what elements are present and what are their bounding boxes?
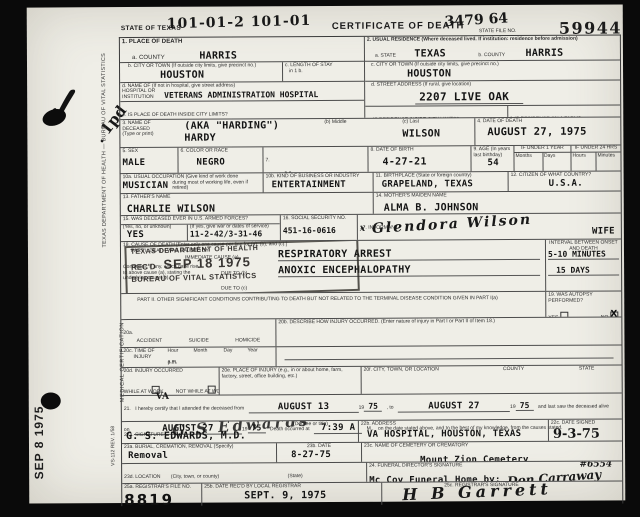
blank-line bbox=[285, 357, 614, 360]
if-under-24-hrs-cell: IF UNDER 24 HRS Hours Minutes bbox=[571, 145, 620, 170]
race-cell: 6. COLOR OR RACE NEGRO bbox=[178, 147, 263, 172]
county-label: a. COUNTY bbox=[132, 55, 165, 61]
place-of-injury-label: 20e. PLACE OF INJURY (e.g., in or about … bbox=[222, 368, 359, 380]
registrar-file-label: 25a. REGISTRAR'S FILE NO. bbox=[124, 485, 199, 491]
registrar-file-number: 8819 bbox=[124, 490, 199, 506]
last-name-label: (c) Last bbox=[402, 119, 472, 125]
interval-b-value: 15 DAYS bbox=[548, 265, 619, 275]
place-inside-city-limits-label: e. IS PLACE OF DEATH INSIDE CITY LIMITS? bbox=[122, 112, 227, 119]
cemetery-cell: 23c. NAME OF CEMETERY OR CREMATORY Mount… bbox=[362, 441, 622, 461]
sex-value: MALE bbox=[122, 157, 175, 167]
physician-signature-cell: 22a. SIGNATURE (Degree or title) G S Edw… bbox=[122, 421, 359, 443]
injury-state-label: STATE bbox=[554, 366, 620, 391]
minutes-label: Minutes bbox=[596, 152, 620, 171]
funeral-director-cell: 24. FUNERAL DIRECTOR'S SIGNATURE #6554 M… bbox=[367, 461, 622, 481]
disposition-location-cell: 23d. LOCATION (City, town, or county) (S… bbox=[122, 463, 367, 483]
autopsy-no: NOX bbox=[601, 305, 620, 316]
father-cell: 13. FATHER'S NAME CHARLIE WILSON bbox=[121, 193, 374, 215]
aka-value: (AKA "HARDING") bbox=[184, 120, 324, 132]
manner-label: 20a. bbox=[123, 330, 133, 336]
funeral-director-signature: Don Carraway bbox=[507, 467, 602, 482]
autopsy-yes: YES bbox=[548, 306, 569, 317]
registrar-file-cell: 25a. REGISTRAR'S FILE NO. 8819 bbox=[122, 484, 202, 506]
date-signed-value: 9-3-75 bbox=[553, 426, 620, 441]
row-location-funeral: 23d. LOCATION (City, town, or county) (S… bbox=[122, 461, 622, 484]
months-label: Months bbox=[514, 152, 543, 171]
registrar-date-cell: 25b. DATE REC'D BY LOCAL REGISTRAR SEPT.… bbox=[202, 483, 382, 506]
service-dates-value: 11-2-42/3-31-46 bbox=[190, 229, 278, 238]
address-value: VA HOSPITAL, HOUSTON, TEXAS bbox=[367, 428, 546, 439]
burial-value: Removal bbox=[128, 450, 274, 461]
location-sub1: (City, town, or county) bbox=[171, 474, 219, 480]
citizen-value: U.S.A. bbox=[549, 178, 619, 188]
injury-city-cell: 20f. CITY, TOWN, OR LOCATION COUNTY STAT… bbox=[362, 365, 622, 393]
physician-typed-name: G. S. EDWARDS, M.D. bbox=[126, 430, 246, 442]
hospital-label-line2: HOSPITAL OR INSTITUTION bbox=[122, 89, 164, 100]
injury-county-label: COUNTY bbox=[474, 367, 554, 392]
registrar-signature-cell: 25c. REGISTRAR'S SIGNATURE H B Garrett bbox=[382, 481, 622, 504]
residence-county-value: HARRIS bbox=[525, 47, 563, 58]
first-name-value: HARDY bbox=[184, 132, 324, 144]
days-label: Days bbox=[543, 152, 571, 171]
residence-county-label: b. COUNTY bbox=[478, 52, 505, 58]
address-label: 22b. ADDRESS bbox=[361, 421, 546, 427]
ink-blob-small bbox=[41, 392, 61, 409]
location-sub2: (State) bbox=[288, 473, 303, 479]
if-under-1-year-cell: IF UNDER 1 YEAR Months Days bbox=[514, 146, 571, 171]
row-injury-location: 20d. INJURY OCCURRED WHILE AT WORK NOT W… bbox=[122, 365, 622, 396]
occupation-cell: 10a. USUAL OCCUPATION (Give kind of work… bbox=[121, 173, 264, 193]
cert-text-2: and last saw the deceased alive bbox=[538, 404, 609, 410]
mother-label: 14. MOTHER'S MAIDEN NAME bbox=[376, 192, 619, 199]
injury-blank-cell bbox=[276, 345, 621, 366]
mother-value: ALMA B. JOHNSON bbox=[384, 201, 619, 213]
registrar-date-value: SEPT. 9, 1975 bbox=[244, 489, 379, 501]
informant-signature: Glendora Wilson bbox=[372, 213, 533, 236]
part2-label: PART II. OTHER SIGNIFICANT CONDITIONS CO… bbox=[137, 296, 543, 304]
birthplace-cell: 11. BIRTHPLACE (State or foreign country… bbox=[374, 172, 509, 192]
physician-address-cell: 22b. ADDRESS VA HOSPITAL, HOUSTON, TEXAS bbox=[359, 420, 549, 442]
injury-city-label: 20f. CITY, TOWN, OR LOCATION bbox=[364, 367, 474, 393]
describe-injury-label: 20b. DESCRIBE HOW INJURY OCCURRED. (Ente… bbox=[278, 318, 619, 325]
middle-name-label: (b) Middle bbox=[324, 120, 402, 126]
attended-from-date: AUGUST 13 bbox=[249, 402, 359, 414]
armed-forces-value: YES bbox=[127, 230, 185, 240]
armed-forces-cell: 15. WAS DECEASED EVER IN U.S. ARMED FORC… bbox=[121, 215, 281, 241]
industry-label: 10b. KIND OF BUSINESS OR INDUSTRY bbox=[266, 174, 371, 180]
residence-state-value: TEXAS bbox=[414, 48, 446, 59]
residence-city-value: HOUSTON bbox=[407, 67, 618, 79]
time-of-injury-cell: 20c. TIME OF INJURY Hour Month Day Year … bbox=[121, 347, 276, 367]
date-of-death-value: AUGUST 27, 1975 bbox=[487, 125, 618, 138]
dob-label: 8. DATE OF BIRTH bbox=[370, 147, 468, 153]
place-of-injury-cell: 20e. PLACE OF INJURY (e.g., in or about … bbox=[220, 367, 362, 395]
row-parents: 13. FATHER'S NAME CHARLIE WILSON 14. MOT… bbox=[121, 191, 621, 216]
father-value: CHARLIE WILSON bbox=[127, 202, 371, 214]
autopsy-label: 19. WAS AUTOPSY PERFORMED? bbox=[548, 292, 619, 303]
age-value: 54 bbox=[488, 158, 512, 168]
date-of-birth-cell: 8. DATE OF BIRTH 4-27-21 bbox=[368, 146, 471, 172]
interval-cell: INTERVAL BETWEEN ONSET AND DEATH 5-10 MI… bbox=[546, 239, 621, 290]
attended-to-date: AUGUST 27 bbox=[398, 401, 510, 413]
sex-label: 5. SEX bbox=[122, 149, 175, 155]
cause-of-death-cell: 18. CAUSE OF DEATH [Enter only one cause… bbox=[121, 240, 546, 293]
not-while-at-work: NOT WHILE AT WORK bbox=[176, 379, 217, 395]
informant-cell: 17. INFORMANT x Glendora Wilson WIFE bbox=[358, 213, 621, 239]
row-vitals: 5. SEX MALE 6. COLOR OR RACE NEGRO 7. Ma… bbox=[120, 145, 620, 174]
name-of-deceased-cell: 3. NAME OF DECEASED (Type or print) (AKA… bbox=[120, 118, 475, 147]
funeral-home-value: Mc Coy Funeral Home by: bbox=[369, 475, 501, 482]
row-disposition: 23a. BURIAL, CREMATION, REMOVAL (Specify… bbox=[122, 441, 622, 464]
vertical-department-text: TEXAS DEPARTMENT OF HEALTH — BUREAU OF V… bbox=[101, 35, 108, 265]
length-of-stay-sub: in 1 b. bbox=[289, 68, 362, 74]
hours-label: Hours bbox=[571, 152, 596, 171]
autopsy-cell: 19. WAS AUTOPSY PERFORMED? YES NOX bbox=[546, 291, 621, 316]
date-of-death-cell: 4. DATE OF DEATH AUGUST 27, 1975 bbox=[475, 117, 620, 145]
injury-occurred-cell: 20d. INJURY OCCURRED WHILE AT WORK NOT W… bbox=[122, 368, 220, 396]
received-stamp: TEXAS DEPARTMENT OF HEALTH REC'D SEP 18 … bbox=[124, 240, 360, 293]
row-cause-of-death: 18. CAUSE OF DEATH [Enter only one cause… bbox=[121, 239, 621, 294]
row-occupation: 10a. USUAL OCCUPATION (Give kind of work… bbox=[121, 171, 621, 194]
year-label: Year bbox=[247, 348, 257, 359]
checkbox-empty bbox=[560, 312, 568, 317]
occupation-value: MUSICIAN bbox=[123, 180, 169, 191]
marital-label: 7. bbox=[265, 157, 269, 163]
manner-cell: 20a. ACCIDENT SUICIDE HOMICIDE bbox=[121, 319, 276, 347]
certificate-form: 1. PLACE OF DEATH a. COUNTY HARRIS b. CI… bbox=[119, 34, 623, 506]
ssn-label: 16. SOCIAL SECURITY NO. bbox=[283, 216, 355, 222]
name-label-3: (Type or print) bbox=[122, 132, 184, 138]
city-value: HOUSTON bbox=[160, 69, 280, 81]
pm-label: p.m. bbox=[168, 360, 178, 366]
burial-date-value: 8-27-75 bbox=[291, 449, 359, 459]
dob-value: 4-27-21 bbox=[382, 156, 468, 167]
row-physician-signature: 22a. SIGNATURE (Degree or title) G S Edw… bbox=[122, 419, 622, 444]
stamp-recd: REC'D bbox=[131, 262, 156, 272]
row-part2-autopsy: PART II. OTHER SIGNIFICANT CONDITIONS CO… bbox=[121, 291, 621, 320]
industry-cell: 10b. KIND OF BUSINESS OR INDUSTRY ENTERT… bbox=[264, 173, 374, 193]
row-service-ssn-informant: 15. WAS DECEASED EVER IN U.S. ARMED FORC… bbox=[121, 213, 621, 242]
sex-cell: 5. SEX MALE bbox=[120, 148, 178, 173]
accident-label: ACCIDENT bbox=[137, 339, 163, 345]
race-value: NEGRO bbox=[196, 157, 260, 167]
cert-text-1: I hereby certify that I attended the dec… bbox=[135, 405, 244, 412]
date-of-death-label: 4. DATE OF DEATH bbox=[477, 118, 618, 124]
street-address-label: d. STREET ADDRESS (If rural, give locati… bbox=[371, 81, 618, 88]
birthplace-value: GRAPELAND, TEXAS bbox=[382, 179, 506, 190]
attended-from-year: 75 bbox=[364, 402, 382, 412]
injury-occurred-label: 20d. INJURY OCCURRED bbox=[124, 369, 217, 375]
row-certification-statement: VA 21. I hereby certify that I attended … bbox=[122, 393, 622, 422]
burial-date-cell: 23b. DATE 8-27-75 bbox=[277, 443, 362, 462]
stamp-date: SEP 18 1975 bbox=[163, 254, 251, 272]
checkbox-checked: X bbox=[610, 311, 618, 316]
registrar-signature: H B Garrett bbox=[402, 481, 552, 504]
place-of-death-label: 1. PLACE OF DEATH bbox=[122, 38, 362, 46]
county-value: HARRIS bbox=[199, 50, 237, 61]
vertical-form-number: VS-112 REV. 1/58 bbox=[111, 418, 117, 474]
informant-relation: WIFE bbox=[592, 226, 615, 236]
location-label: 23d. LOCATION bbox=[124, 474, 160, 480]
age-cell: 9. AGE (In years last birthday) 54 bbox=[471, 146, 514, 171]
scanned-death-certificate: . 1pd ✓ TEXAS DEPARTMENT OF HEALTH — BUR… bbox=[0, 0, 640, 517]
date-signed-cell: 22c. DATE SIGNED 9-3-75 bbox=[549, 419, 622, 440]
attended-to-year: 75 bbox=[516, 401, 534, 411]
state-file-no-label: STATE FILE NO. bbox=[479, 29, 517, 35]
cemetery-value: Mount Zion Cemetery bbox=[412, 454, 537, 461]
am-label: a.m. bbox=[168, 359, 274, 365]
father-label: 13. FATHER'S NAME bbox=[123, 194, 371, 201]
ssn-value: 451-16-0616 bbox=[283, 225, 355, 234]
residence-state-label: a. STATE bbox=[375, 52, 396, 58]
certificate-paper: . 1pd ✓ TEXAS DEPARTMENT OF HEALTH — BUR… bbox=[27, 4, 626, 503]
occupation-label-2: during most of working life, even if ret… bbox=[172, 180, 260, 191]
race-label: 6. COLOR OR RACE bbox=[180, 148, 260, 154]
handwritten-cert-number: 3479 64 bbox=[444, 10, 508, 30]
row-registrar: 25a. REGISTRAR'S FILE NO. 8819 25b. DATE… bbox=[122, 481, 622, 506]
cert-item-number: 21. bbox=[124, 406, 131, 412]
cert-to: , to bbox=[387, 405, 394, 411]
part2-cell: PART II. OTHER SIGNIFICANT CONDITIONS CO… bbox=[121, 292, 546, 319]
day-label: Day bbox=[223, 348, 247, 359]
married-option: MarriedX bbox=[266, 167, 294, 172]
marital-status-cell: 7. MarriedX Never Married Widowed Divorc… bbox=[263, 147, 368, 173]
cemetery-label: 23c. NAME OF CEMETERY OR CREMATORY bbox=[364, 442, 620, 449]
usual-residence-section: 2. USUAL RESIDENCE (Where deceased lived… bbox=[365, 35, 620, 117]
never-married-option: Never Married bbox=[323, 167, 366, 173]
describe-injury-cell: 20b. DESCRIBE HOW INJURY OCCURRED. (Ente… bbox=[276, 317, 621, 346]
ssn-cell: 16. SOCIAL SECURITY NO. 451-16-0616 bbox=[281, 215, 358, 240]
street-address-value: 2207 LIVE OAK bbox=[415, 90, 523, 105]
handwritten-codes: 101-01-2 101-01 bbox=[167, 13, 312, 32]
industry-value: ENTERTAINMENT bbox=[272, 179, 371, 190]
hospital-value: VETERANS ADMINISTRATION HOSPITAL bbox=[164, 90, 318, 100]
mother-cell: 14. MOTHER'S MAIDEN NAME ALMA B. JOHNSON bbox=[374, 191, 621, 213]
row-manner-of-death: 20a. ACCIDENT SUICIDE HOMICIDE 20b. DESC… bbox=[121, 317, 621, 348]
month-label: Month bbox=[193, 349, 223, 360]
row-place-and-residence: 1. PLACE OF DEATH a. COUNTY HARRIS b. CI… bbox=[120, 35, 620, 120]
time-injury-label-2: INJURY bbox=[134, 354, 168, 360]
informant-x-mark: x bbox=[360, 224, 365, 234]
last-name-value: WILSON bbox=[402, 128, 472, 139]
homicide-label: HOMICIDE bbox=[235, 338, 260, 344]
handwritten-va: VA bbox=[156, 392, 169, 402]
received-date-stamp-vertical: SEP 8 1975 bbox=[32, 396, 46, 488]
suicide-label: SUICIDE bbox=[189, 339, 209, 345]
burial-cell: 23a. BURIAL, CREMATION, REMOVAL (Specify… bbox=[122, 443, 277, 463]
checkbox-empty bbox=[208, 385, 216, 393]
place-of-death-section: 1. PLACE OF DEATH a. COUNTY HARRIS b. CI… bbox=[120, 37, 365, 119]
row-time-of-injury: 20c. TIME OF INJURY Hour Month Day Year … bbox=[121, 345, 621, 368]
interval-a-value: 5-10 MINUTES bbox=[548, 249, 619, 259]
row-name-and-death-date: 3. NAME OF DECEASED (Type or print) (AKA… bbox=[120, 117, 620, 148]
citizen-cell: 12. CITIZEN OF WHAT COUNTRY? U.S.A. bbox=[509, 171, 621, 191]
usual-residence-label: 2. USUAL RESIDENCE (Where deceased lived… bbox=[367, 36, 618, 43]
